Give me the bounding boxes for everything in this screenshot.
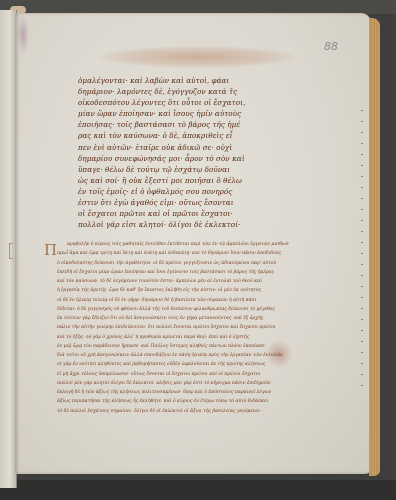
text-line: ὁ οἰκοδεσπότης δείκνυσι τὴν ἀγαθότητα· ο… [57, 259, 289, 268]
text-line: ἐπειδὴ οἱ ἔσχατοι μίαν ὥραν ἐποίησαν καὶ… [57, 268, 289, 277]
text-block-lower: αραβολὴν ὁ κύριος τοῖς μαθηταῖς ἐντεῦθεν… [57, 240, 289, 416]
text-line: πρωῒ ἅμα καὶ ὥρᾳ τρίτῃ καὶ ἕκτῃ καὶ ἐνάτ… [57, 249, 289, 258]
gilt-page-edges [369, 18, 380, 476]
text-line: ὕπαγε· θέλω δὲ τούτῳ τῷ ἐσχάτῳ δοῦναι [78, 164, 283, 175]
text-line: οἱ γὰρ ἐν νεότητι κληθέντες καὶ ῥᾳθυμήσα… [57, 360, 289, 369]
text-line: ἐκ τούτων γὰρ ἔδειξεν ὅτι οὐ δεῖ ἀπογινώ… [57, 314, 289, 323]
text-line: μίαν ὥραν ἐποίησαν· καὶ ἴσους ἡμῖν αὐτοὺ… [78, 108, 283, 119]
text-line: οἱ δὲ ἐν ἡλικίᾳ τελείᾳ οἱ δὲ ἐν γήρᾳ· δη… [57, 296, 289, 305]
text-line: ἐστιν ὅτι ἐγὼ ἀγαθός εἰμι· οὕτως ἔσονται [78, 197, 283, 208]
text-line: ὡς καὶ σοί· ἢ οὐκ ἔξεστί μοι ποιῆσαι ὃ θ… [78, 175, 283, 186]
text-line: ἡ ἐργασία τῆς ἀρετῆς· ὥρα δὲ καθ' ἣν ἕκα… [57, 286, 289, 295]
folio-number: 88 [324, 40, 338, 53]
text-line: δημαρίου συνεφώνησάς μοι· ἆρον τὸ σὸν κα… [78, 153, 283, 164]
text-line: πολλοὶ γάρ εἰσι κλητοί· ὀλίγοι δὲ ἐκλεκτ… [78, 219, 283, 230]
text-line: ὁμαλέγονται· καὶ λαβὼν καὶ αὐτοὶ, φάαι [78, 75, 283, 86]
text-line: ἐν τοῖς ἐμοῖς· εἰ ὁ ὀφθαλμός σου πονηρός [78, 186, 283, 197]
text-line: δίδοται· ὁ δὲ γογγυσμὸς οὐ φθόνου ἀλλὰ τ… [57, 305, 289, 314]
text-line: ἀξίως περιπατῆσαι τῆς κλήσεως ἧς ἐκλήθητ… [57, 397, 289, 406]
text-line: αραβολὴν ὁ κύριος τοῖς μαθηταῖς ἐντεῦθεν… [57, 240, 289, 249]
text-line: τὸ δὲ πολλοὶ ἐσχάτους σημαίνει· ὀλίγοι δ… [57, 407, 292, 416]
text-line: δημάριον· λαμόντες δὲ, ἐγόγγυζον κατὰ τ̄… [78, 86, 283, 97]
text-line: εἰ μὴ ἄχρι τέλους ὑπομείνωσιν· οὕτως ἔσο… [57, 370, 289, 379]
text-block-upper: ὁμαλέγονται· καὶ λαβὼν καὶ αὐτοὶ, φάαι δ… [78, 75, 283, 230]
text-line: οἰκοδεσπότου λέγοντες ὅτι οὗτοι οἱ ἔσχατ… [78, 97, 283, 108]
text-line: πεν ἑνὶ αὐτῶν· ἑταῖρε οὐκ ἀδικῶ σε· οὐχὶ [78, 142, 283, 153]
text-line: ἐκλογὴ δὲ ἡ τῶν ἀξίως τῆς κλήσεως πολιτε… [57, 388, 289, 397]
decorated-initial: Π [44, 241, 57, 259]
previous-page-initial-mark [9, 243, 13, 259]
text-line: ἐν μιᾷ ὥρᾳ τὸν παράδεισον ἥρπασε· καὶ Πα… [57, 342, 289, 351]
ruling-prick-marks [361, 110, 363, 390]
gutter-stain [17, 15, 29, 55]
text-line: πάλιν τὴν αὐτὴν γνώμην ἐπιδείκνυται· ὅτι… [57, 323, 289, 332]
text-line: ρας καὶ τὸν καύσωνα· ὁ δὲ, ἀποκριθεὶς εἶ [78, 130, 283, 141]
text-line: οἱ ἔσχατοι πρῶτοι καὶ οἱ πρῶτοι ἔσχατοι· [78, 208, 283, 219]
background-top [0, 0, 396, 14]
background-bottom [0, 480, 396, 500]
text-line: πολλοὶ μὲν γὰρ κλητοὶ ὀλίγοι δὲ ἐκλεκτοί… [57, 379, 289, 388]
text-line: καὶ τὸν καύσωνα· τὸ δὲ λεγόμενον τοιοῦτό… [57, 277, 289, 286]
text-line: ἐποιήσας· τοῖς βαστάσασι τὸ βάρος τῆς ἡμ… [78, 119, 283, 130]
text-line: διὰ τοῦτο οὐ χρὴ ἀπογινώσκειν ἀλλὰ σπουδ… [57, 351, 289, 360]
text-line: καὶ τὸ ἑξῆς· οὐ γὰρ ὁ χρόνος ἀλλ' ἡ προθ… [57, 333, 289, 342]
water-stain-top [100, 46, 295, 68]
